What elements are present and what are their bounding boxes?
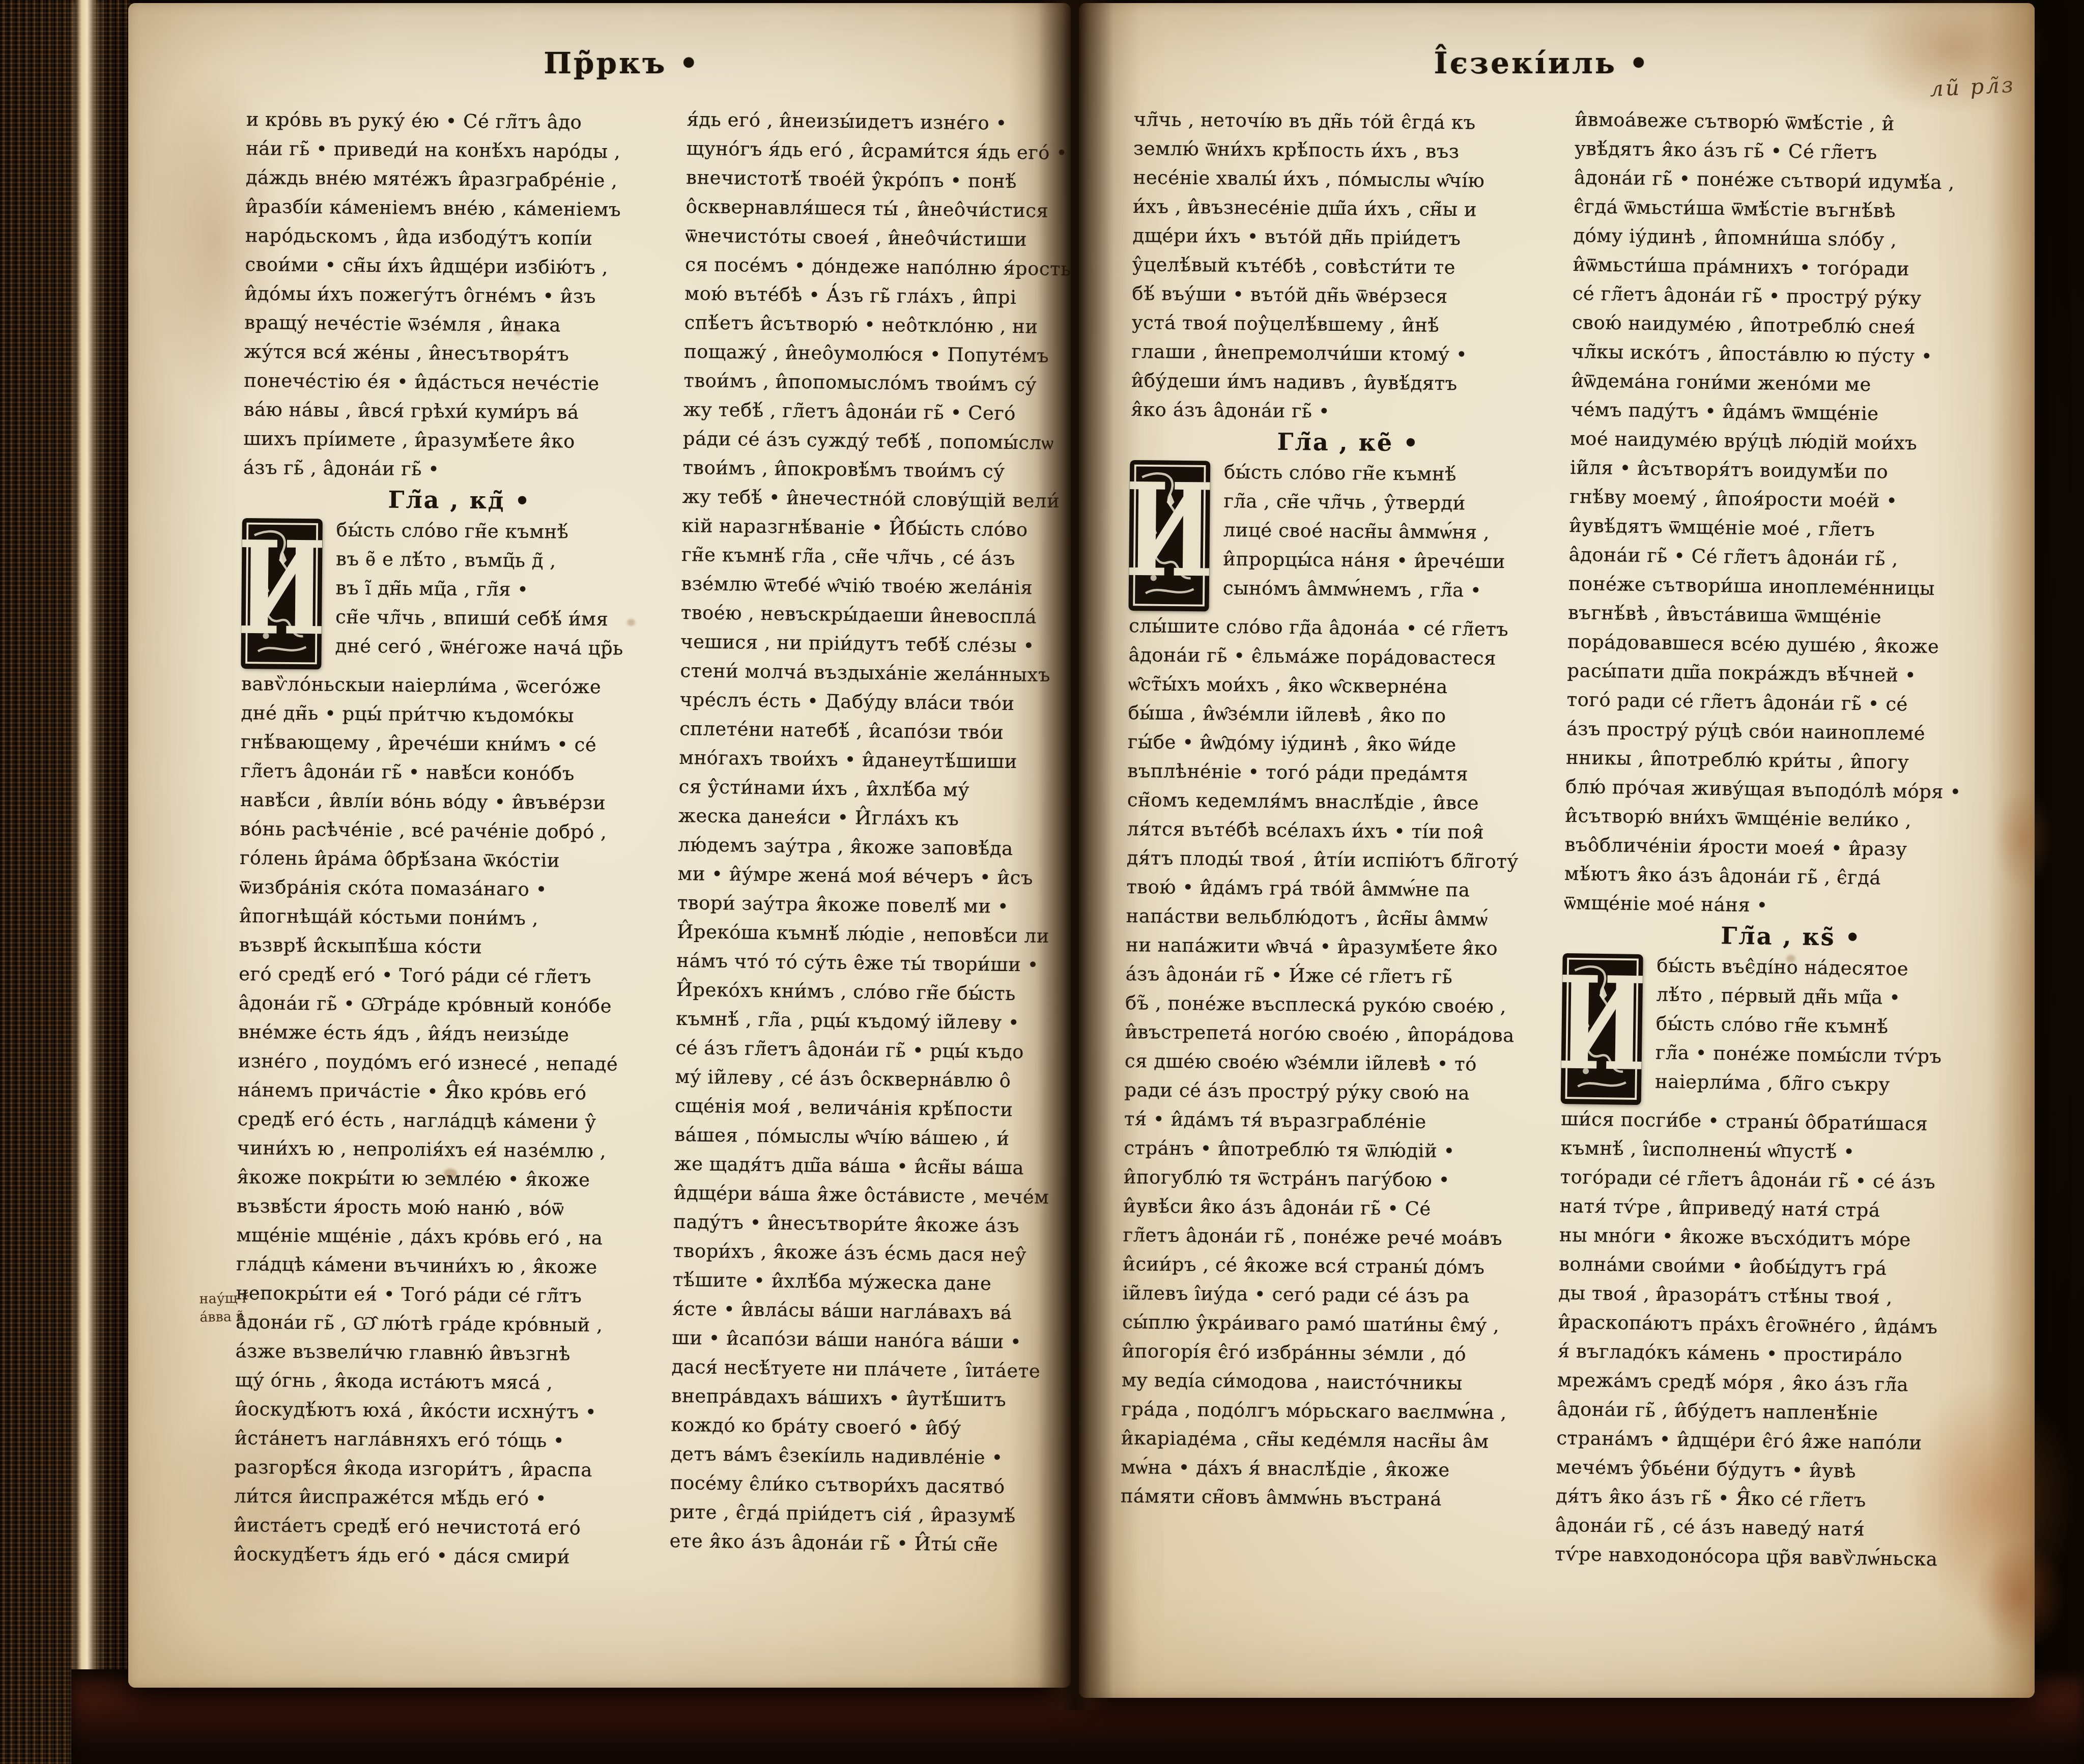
text-line: се́ а́зъ гл̃етъ а̂дона́и гь̃ • рцы́ къдо [675, 1033, 1063, 1067]
text-line: дя́тъ плоды́ твоя́ , и̂ті́и испію́тъ бл̃… [1127, 843, 1563, 876]
text-line: я́сте • и̂вла́сы ва́ши нагла́вахъ ва́ [672, 1294, 1060, 1328]
text-line: уста́ твоя́ поу̂целѣ́вшему , и̂нѣ́ [1132, 308, 1568, 341]
text-line: и̂въстрепета́ ного́ю свое́ю , и̂пора́дов… [1125, 1017, 1561, 1050]
text-line: ся дше́ю свое́ю ѡ̂зе́мли іи̃левѣ • то́ [1125, 1046, 1561, 1079]
text-line: и̂разбі́и ка́меніемъ вне́ю , ка́меніемъ [245, 192, 679, 224]
chapter-heading: Гл̃а , ке̃ • [1130, 424, 1566, 461]
text-line: свои́ми • сн̃ы и́хъ и̂дще́ри избію́тъ , [245, 250, 678, 282]
text-line: ни напа́жити ѡ̂вча́ • и̂разумѣ́ете я̂ко [1126, 930, 1562, 963]
text-line: жу́тся вся́ же́ны , и̂несътворя́тъ [244, 337, 678, 369]
text-line: твори́ зау́тра я̂коже повелѣ́ ми • [677, 888, 1065, 922]
initial-letter: И [1557, 960, 1647, 1089]
text-line: а́зъ а̂дона́и гь̃ • И́же се́ гл̃етъ гь̃ [1125, 959, 1561, 992]
text-line: възврѣ́ и̂скыпѣ́ша ко́сти [239, 930, 672, 963]
text-line: го́лень и̂ра́ма о̂брѣ́зана ѿко́стіи [240, 843, 673, 876]
text-line: чре́слъ е́сть • Дабу́ду вла́си тво́и [679, 685, 1067, 719]
text-line: глаши , и̂непремолчи́ши ктому́ • [1131, 337, 1567, 370]
text-line: а́зъ гь̃ , а̂дона́и гь̃ • [243, 453, 677, 486]
text-line: іи̃левъ і̂иу́да • сего́ ради се́ а́зъ ра [1122, 1278, 1558, 1312]
text-line: сще́нія моя́ , велича́нія крѣ́пости [675, 1091, 1062, 1125]
text-line: и̂погнѣща́й ко́стьми пони́мъ , [239, 901, 673, 934]
text-line: гра́да , подо́лгъ мо́рьскаго ваєлмѡ́на , [1121, 1395, 1557, 1428]
text-line: му́ іи̃леву , се́ а́зъ о̂скверна́влю о̂ [675, 1062, 1062, 1096]
text-line: мно́гахъ твои́хъ • и̂данеутѣ́шиши [679, 743, 1066, 777]
text-line: вавѷло́ньскыи наіерли́ма , ѿсего́же [241, 669, 675, 702]
text-line: слы́шите сло́во гд̃а а̂дона́а • се́ гл̃е… [1129, 611, 1565, 644]
text-line: понече́стію е́я • и̂да́сться нече́стіе [244, 366, 677, 399]
text-line: бѣ́ въу́ши • въто́й дн̃ь ѿве́рзеся [1132, 279, 1568, 312]
text-line: наро́дьскомъ , и̂да избоду́тъ копі́и [245, 221, 679, 253]
text-line: сплете́ни натебѣ́ , и̂сапо́зи тво́и [679, 714, 1067, 748]
text-line: въплѣне́ніе • того́ ра́ди преда́мтя [1127, 756, 1563, 789]
text-line: и̂иста́етъ средѣ́ его́ нечистота́ его́ [234, 1511, 667, 1543]
text-column-right-2: и̂вмоа́веже сътворю́ ѿмѣ́стіе , и̂увѣ́дя… [1555, 105, 2031, 1575]
running-head-left: Пр̃ркъ • [479, 46, 764, 80]
text-line: възвѣ́сти я́рость мою́ наню́ , во́ѿ [237, 1191, 670, 1224]
text-line: да́ждь вне́ю мяте́жъ и̂разграбре́ніе , [246, 163, 679, 195]
text-line: и кро́вь въ руку́ е́ю • Се́ гл̃тъ а̂до [246, 105, 680, 137]
text-line: и́хъ , и̂възнесе́ніе дш̃а и́хъ , сн̃ы и [1133, 192, 1569, 225]
text-line: разгорѣ́ся я̂кода изгори́тъ , и̂распа [234, 1453, 668, 1485]
chapter-opening: Ибы́сть въє̂ді́но на́десятоелѣ́то , пе́р… [1561, 950, 2019, 1111]
text-line: кождо́ ко бра́ту своего́ • и̂бу́ [671, 1410, 1058, 1444]
text-line: и̂каріаде́ма , сн̃ы кеде́мля насн̃ы а̂м [1121, 1424, 1557, 1457]
text-line: а̂дона́и гь̃ , Ѡ̂ лю́тѣ гра́де кро́вный … [236, 1307, 669, 1340]
text-line: стра́нъ • и̂потреблю́ тя ѿлю́дій • [1124, 1133, 1560, 1166]
text-line: дще́ри и́хъ • въто́й дн̃ь пріи́детъ [1132, 221, 1568, 254]
text-line: гнѣ́вающему , и̂рече́ши кни́мъ • се́ [241, 727, 674, 760]
text-line: тѵ́ре навходоно́сора цр̃я вавѷлѡ́ньска [1555, 1540, 2011, 1575]
text-line: чини́хъ ю , непролія́хъ ея́ назе́млю , [237, 1133, 671, 1166]
text-line: му веді́а си́модова , наисто́чникы [1122, 1365, 1558, 1399]
text-line: несе́ніе хвалы́ и́хъ , по́мыслы ѡ̂чі́ю [1133, 163, 1569, 196]
text-line: и̂оскудѣ́етъ я́дь его́ • да́ся смири́ [234, 1540, 667, 1572]
text-line: его́ средѣ́ его́ • Того́ ра́ди се́ гл̃ет… [239, 959, 672, 992]
text-line: щу́ о́гнь , я̂кода иста́ютъ мяса́ , [235, 1365, 669, 1398]
text-line: ва́шея , по́мыслы ѡ̂чі́ю ва́шею , и́ [674, 1120, 1062, 1154]
text-line: твою́ • и̂да́мъ гра́ тво́й а̂ммѡ́не па [1126, 872, 1562, 905]
text-line: вращу́ нече́стіе ѿзе́мля , и̂нака [244, 308, 678, 340]
text-line: ми • и̂у́мре жена́ моя́ ве́черъ • и̂съ [677, 859, 1065, 893]
text-line: я̂коже покры́ти ю земле́ю • я̂коже [237, 1162, 670, 1195]
text-line: на́и гь̃ • приведи́ на конѣ́хъ наро́ды , [246, 134, 679, 166]
text-line: и̂ста́нетъ нагла́вняхъ его́ то́щь • [235, 1424, 668, 1456]
chapter-opening: Ибы́сть сло́во гн̃е къмнѣ́въ ѳ̃ е лѣ́то … [241, 515, 676, 673]
text-line: гы́бе • и̂ѡ̂до́му іу́динѣ , я̂ко ѿи́де [1128, 727, 1564, 760]
text-line: лю́демъ зау́тра , я̂коже заповѣ́да [678, 830, 1065, 864]
right-page: І̂єзекі́иль • ли̃ рл̃з чл̃чь , неточі́ю … [1079, 3, 2035, 1698]
text-line: я̂ко а́зъ а̂дона́и гь̃ • [1131, 395, 1567, 428]
text-line: ѡ̂ст̃ы́хъ мои́хъ , я̂ко ѡ̂скверне́на [1128, 669, 1564, 702]
text-line: сн̃омъ кедемля́мъ внаслѣ́діе , и̂все [1127, 785, 1563, 818]
text-line: и̂погублю́ тя ѿстра́нъ пагу́бою • [1124, 1162, 1560, 1196]
text-line: а̂дона́и гь̃ • Ѡ̂гра́де кро́вный коно́бе [238, 988, 672, 1021]
text-line: твори́хъ , я̂коже а́зъ е́смь дася неу̂ [673, 1236, 1060, 1270]
text-line: и̂бу́деши и́мъ надивъ , и̂увѣ́дятъ [1131, 366, 1567, 399]
text-line: и̂оскудѣ́ютъ юха́ , и̂ко́сти исхну́тъ • [235, 1395, 668, 1427]
text-line: И̂реко́хъ кни́мъ , сло́во гн̃е бы́сть [676, 975, 1063, 1009]
text-line: жеска данея́си • И̂гла́хъ къ [678, 801, 1066, 835]
text-line: во́нь расѣче́ніе , все́ раче́ніе добро́ … [240, 814, 673, 847]
text-line: стени́ молча́ въздыха́ніе жела́нныхъ [680, 656, 1067, 690]
text-line: на́мъ что́ то́ су́ть е̂же ты́ твори́ши • [676, 946, 1064, 980]
text-line: ради се́ а́зъ простру́ ру́ку свою́ на [1124, 1075, 1560, 1108]
text-line: къмнѣ́ , гл̃а , рцы́ къдому́ іи̃леву • [676, 1004, 1063, 1038]
chapter-opening: Ибы́сть сло́во гн̃е къмнѣ́гл̃а , сн̃е чл… [1129, 457, 1566, 615]
text-line: И̂реко́ша къмнѣ́ лю́діе , неповѣ́си ли [677, 917, 1064, 951]
text-line: ва́ю на́вы , и̂вся́ грѣхи́ куми́ръ ва́ [244, 395, 677, 428]
text-line: дне́ дн̃ь • рцы́ при́тчю къдомо́кы [241, 698, 674, 731]
text-line: паду́тъ • и̂несътвори́те я̂коже а́зъ [673, 1207, 1061, 1241]
text-line: средѣ́ его́ е́сть , нагла́дцѣ ка́мени у̂ [237, 1104, 671, 1137]
text-line: навѣ́си , и̂влі́и во́нь во́ду • и̂въве́р… [240, 785, 674, 818]
text-line: и̂сии́ръ , се́ я̂коже вся́ страны́ до́мъ [1123, 1249, 1559, 1283]
text-line: а́зже възвели́чю главню́ и̂възгнѣ [235, 1336, 669, 1369]
left-page: Пр̃ркъ • нау́щ г̃ а́вва в̃ и кро́вь въ р… [128, 3, 1071, 1688]
gutter-shadow [1037, 0, 1114, 1710]
text-line: и̂дще́ри ва́ша я̂же о̂ста́висте , мече́м [674, 1178, 1061, 1212]
running-head-right: І̂єзекі́иль • [1333, 46, 1751, 80]
text-line: гла́дцѣ ка́мени въчини́хъ ю , я̂коже [236, 1249, 670, 1282]
text-line: ля́тся въте́бѣ все́лахъ и́хъ • ті́и поя̂ [1127, 814, 1563, 847]
text-line: ете я̂ко а́зъ а̂дона́и гь̃ • И̂ты́ сн̃е [669, 1526, 1057, 1560]
text-line: бы́ша , и̂ѡ̂зе́мли іи̃левѣ , я̂ко по [1128, 698, 1564, 731]
text-line: мще́ніе мще́ніе , да́хъ кро́вь его́ , на [236, 1220, 670, 1253]
protruding-page-edge [75, 0, 97, 1764]
text-line: землю́ ѿни́хъ крѣ́пость и́хъ , въз [1133, 134, 1569, 167]
chapter-heading: Гл̃а , кд̃ • [243, 482, 677, 518]
text-column-left-1: и кро́вь въ руку́ е́ю • Се́ гл̃тъ а̂дона… [234, 105, 680, 1572]
text-line: внепра́вдахъ ва́шихъ • и̂утѣ́шитъ [671, 1381, 1059, 1415]
text-line: бъ̃ , поне́же въсплеска́ руко́ю свое́ю , [1125, 988, 1561, 1021]
text-line: напа́стви вельблю́дотъ , и̂сн̃ы а̂ммѡ́ [1126, 901, 1562, 934]
text-line: рите , є̂гда́ пріи́детъ сія́ , и̂разумѣ́ [670, 1497, 1057, 1531]
text-line: ли́тся и̂испраже́тся мѣ́дь его́ • [234, 1482, 668, 1514]
text-line: же щадя́тъ дш̃а ва́ша • и̂сн̃ы ва́ша [674, 1149, 1061, 1183]
text-line: тѣ́шите • и̂хлѣ́ба му́жеска дане [672, 1265, 1060, 1299]
text-line: на́немъ прича́стіе • Я̂ко кро́вь его́ [238, 1075, 671, 1108]
woodcut-initial: И [1130, 462, 1209, 610]
text-line: па́мяти сн̃овъ а̂ммѡ́нь въстрана́ [1120, 1482, 1556, 1515]
text-line: дася́ несѣ́туете ни пла́чете , і̂ита́ете [671, 1352, 1059, 1386]
text-line: гл̃етъ а̂дона́и гь̃ , поне́же рече́ моа́… [1123, 1220, 1559, 1254]
text-line: и̂до́мы и́хъ пожегу́тъ о̂гне́мъ • и̂зъ [245, 279, 678, 311]
text-line: у̂целѣ́вый къте́бѣ , совѣсти́ти те [1132, 250, 1568, 283]
text-line: ся у̂сти́нами и́хъ , и̂хлѣ́ба му́ [678, 772, 1066, 806]
text-line: и̂увѣ́си я̂ко а́зъ а̂дона́и гь̃ • Се́ [1123, 1191, 1559, 1225]
text-line: мѡ́на • да́хъ я́ внаслѣ́діе , я̂коже [1121, 1453, 1557, 1486]
text-line: изне́го , поудо́мъ его́ изнесе́ , непаде… [238, 1046, 671, 1079]
text-line: посе́му є̂ли́ко сътвори́хъ дасятво́ [670, 1468, 1058, 1502]
text-column-right-1: чл̃чь , неточі́ю въ дн̃ь то́й є̂гда́ къз… [1120, 105, 1569, 1515]
page-edge-shading [1989, 3, 2035, 1698]
text-line: непокры́ти ея́ • Того́ ра́ди се́ гл̃тъ [236, 1278, 669, 1311]
text-line: ѿизбра́нія ско́та помаза́наго • [239, 872, 673, 905]
text-line: шихъ прі́имете , и̂разумѣ́ете я̂ко [243, 424, 677, 457]
initial-letter: И [237, 525, 327, 654]
text-line: вне́мже е́сть я́дъ , и̂я́дъ неизы́де [238, 1017, 672, 1050]
text-line: тя́ • и̂да́мъ тя́ въразграбле́ніе [1124, 1104, 1560, 1137]
woodcut-initial: И [242, 520, 321, 668]
book-photo: Пр̃ркъ • нау́щ г̃ а́вва в̃ и кро́вь въ р… [0, 0, 2084, 1764]
page-block-fore-edge [0, 0, 131, 1764]
text-line: чл̃чь , неточі́ю въ дн̃ь то́й є̂гда́ къ [1133, 105, 1569, 138]
text-line: и̂погорі́я є̂го́ избра́нны зе́мли , до́ [1122, 1336, 1558, 1370]
text-line: ши • и̂сапо́зи ва́ши нано́га ва́ши • [672, 1323, 1059, 1357]
text-line: гл̃етъ а̂дона́и гь̃ • навѣ́си коно́бъ [240, 756, 674, 789]
woodcut-initial: И [1562, 955, 1642, 1103]
text-line: а̂дона́и гь̃ • є̂льма́же пора́довастеся [1128, 640, 1564, 673]
text-line: детъ ва́мъ є̂зекі́иль надивле́ніе • [670, 1439, 1058, 1473]
text-line: сы́плю у̂кра́иваго рамо́ шати́ны є̂му́ , [1122, 1307, 1558, 1341]
